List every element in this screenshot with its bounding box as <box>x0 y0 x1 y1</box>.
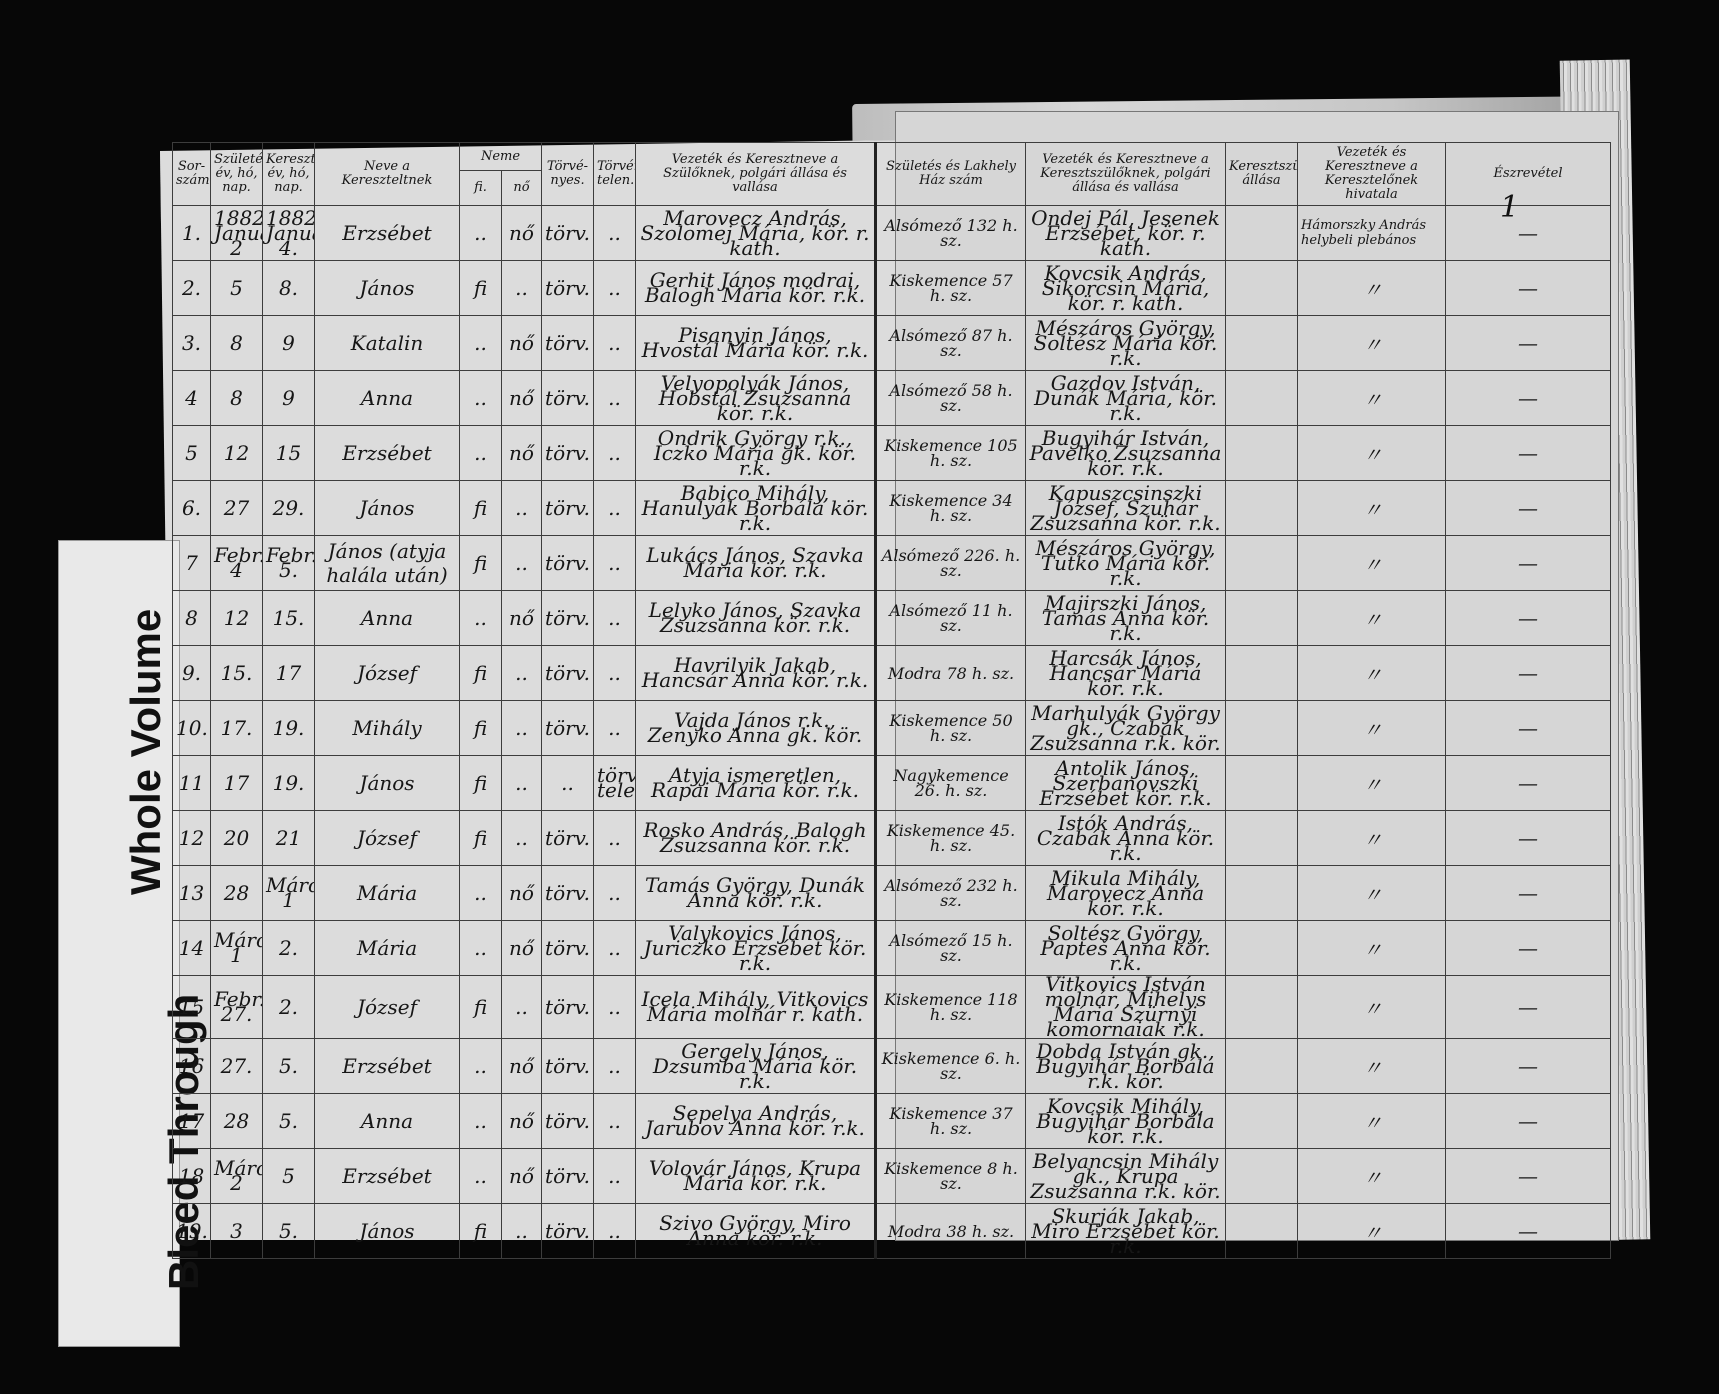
cell-kereszteles: 15 <box>263 426 315 481</box>
table-row: 6. 27 29. János fi .. törv. .. Babico Mi… <box>173 481 1611 536</box>
table-row: 11 17 19. János fi .. .. törvény-telen A… <box>173 756 1611 811</box>
cell-eszrevetel: — <box>1446 1039 1611 1094</box>
cell-eszrevetel: — <box>1446 536 1611 591</box>
cell-sorszam: 5 <box>173 426 211 481</box>
cell-sorszam: 17 <box>173 1094 211 1149</box>
cell-lakhely: Kiskemence 45. h. sz. <box>876 811 1026 866</box>
cell-fi: .. <box>460 371 502 426</box>
cell-szuletes: 15. <box>211 646 263 701</box>
cell-szulok: Pisanyin János, Hvostál Mária kör. r.k. <box>636 316 876 371</box>
cell-torvenytelen: .. <box>594 316 636 371</box>
cell-szulok: Valykovics János, Juriczko Erzsébet kör.… <box>636 921 876 976</box>
cell-torvenytelen: .. <box>594 1149 636 1204</box>
cell-keresztszulok: Ondej Pál, Jesenek Erzsébet, kör. r. kat… <box>1026 206 1226 261</box>
cell-no: nő <box>502 591 542 646</box>
cell-keresztelo: 〃 <box>1298 811 1446 866</box>
cell-keresztelo: 〃 <box>1298 426 1446 481</box>
cell-lakhely: Kiskemence 37 h. sz. <box>876 1094 1026 1149</box>
cell-no: .. <box>502 976 542 1039</box>
cell-no: nő <box>502 1149 542 1204</box>
cell-nev: József <box>315 976 460 1039</box>
cell-lakhely: Kiskemence 34 h. sz. <box>876 481 1026 536</box>
header-fi: fi. <box>460 171 502 206</box>
table-row: 18 Március 2 5 Erzsébet .. nő törv. .. V… <box>173 1149 1611 1204</box>
cell-kereszteles: 19. <box>263 701 315 756</box>
cell-fi: .. <box>460 426 502 481</box>
cell-keresztelo: 〃 <box>1298 756 1446 811</box>
cell-keresztszulok: Kovcsik Mihály, Bugyihár Borbála kör. r.… <box>1026 1094 1226 1149</box>
header-sorszam: Sor-szám <box>173 143 211 206</box>
header-szuletes: Születés év, hó, nap. <box>211 143 263 206</box>
cell-nev: Anna <box>315 591 460 646</box>
cell-torvenyes: törv. <box>542 701 594 756</box>
cell-torvenytelen: .. <box>594 591 636 646</box>
table-row: 14 Március 1 2. Mária .. nő törv. .. Val… <box>173 921 1611 976</box>
cell-nev: János (atyja halála után) <box>315 536 460 591</box>
cell-szulok: Gergely János, Dzsumba Mária kör. r.k. <box>636 1039 876 1094</box>
cell-lakhely: Alsómező 15 h. sz. <box>876 921 1026 976</box>
cell-kereszteles: 2. <box>263 921 315 976</box>
cell-szulok: Szivo György, Miro Anna kör. r.k. <box>636 1204 876 1259</box>
cell-keresztelo: 〃 <box>1298 261 1446 316</box>
cell-kereszteles: 9 <box>263 316 315 371</box>
cell-kereszteles: 5. <box>263 1039 315 1094</box>
cell-eszrevetel: — <box>1446 591 1611 646</box>
cell-keall <box>1226 371 1298 426</box>
table-row: 13 28 Március 1 Mária .. nő törv. .. Tam… <box>173 866 1611 921</box>
cell-sorszam: 15 <box>173 976 211 1039</box>
cell-szulok: Velyopolyák János, Hobstál Zsuzsanna kör… <box>636 371 876 426</box>
table-row: 12 20 21 József fi .. törv. .. Rosko And… <box>173 811 1611 866</box>
cell-eszrevetel: — <box>1446 756 1611 811</box>
cell-nev: Erzsébet <box>315 1149 460 1204</box>
cell-sorszam: 14 <box>173 921 211 976</box>
cell-torvenyes: törv. <box>542 1204 594 1259</box>
cell-fi: fi <box>460 536 502 591</box>
cell-no: .. <box>502 701 542 756</box>
page-note: 1 <box>1500 190 1519 225</box>
cell-sorszam: 11 <box>173 756 211 811</box>
cell-szulok: Lelyko János, Szavka Zsuzsanna kör. r.k. <box>636 591 876 646</box>
cell-torvenytelen: .. <box>594 261 636 316</box>
cell-lakhely: Nagykemence 26. h. sz. <box>876 756 1026 811</box>
cell-szulok: Tamás György, Dunák Anna kör. r.k. <box>636 866 876 921</box>
cell-torvenytelen: .. <box>594 206 636 261</box>
cell-torvenyes: törv. <box>542 261 594 316</box>
cell-torvenytelen: .. <box>594 976 636 1039</box>
cell-torvenytelen: .. <box>594 646 636 701</box>
table-row: 16 27. 5. Erzsébet .. nő törv. .. Gergel… <box>173 1039 1611 1094</box>
header-kereszteles: Keresztelési év, hó, nap. <box>263 143 315 206</box>
cell-sorszam: 9. <box>173 646 211 701</box>
cell-keresztszulok: Marhulyák György gk., Czabák Zsuzsanna r… <box>1026 701 1226 756</box>
cell-torvenytelen: .. <box>594 701 636 756</box>
cell-keresztszulok: Mészáros György, Tutko Mária kör. r.k. <box>1026 536 1226 591</box>
cell-keall <box>1226 756 1298 811</box>
cell-fi: .. <box>460 206 502 261</box>
cell-eszrevetel: — <box>1446 1094 1611 1149</box>
cell-eszrevetel: — <box>1446 261 1611 316</box>
cell-szuletes: 17. <box>211 701 263 756</box>
cell-fi: fi <box>460 481 502 536</box>
table-row: 8 12 15. Anna .. nő törv. .. Lelyko Jáno… <box>173 591 1611 646</box>
cell-eszrevetel: — <box>1446 426 1611 481</box>
cell-szuletes: Március 2 <box>211 1149 263 1204</box>
cell-szulok: Babico Mihály, Hanulyák Borbála kör. r.k… <box>636 481 876 536</box>
header-no: nő <box>502 171 542 206</box>
cell-eszrevetel: — <box>1446 1149 1611 1204</box>
cell-keresztelo: 〃 <box>1298 646 1446 701</box>
cell-keresztelo: 〃 <box>1298 481 1446 536</box>
cell-sorszam: 16 <box>173 1039 211 1094</box>
cell-keresztelo: 〃 <box>1298 536 1446 591</box>
cell-kereszteles: 29. <box>263 481 315 536</box>
cell-szuletes: 3 <box>211 1204 263 1259</box>
cell-szulok: Marovecz András, Szolomej Mária, kör. r.… <box>636 206 876 261</box>
cell-no: .. <box>502 811 542 866</box>
cell-keresztszulok: Soltész György, Papteš Anna kör. r.k. <box>1026 921 1226 976</box>
cell-torvenyes: törv. <box>542 481 594 536</box>
cell-sorszam: 18 <box>173 1149 211 1204</box>
cell-eszrevetel: — <box>1446 481 1611 536</box>
cell-fi: fi <box>460 1204 502 1259</box>
header-eszrevetel: Észrevétel <box>1446 143 1611 206</box>
cell-keall <box>1226 261 1298 316</box>
cell-szulok: Lukács János, Szavka Mária kör. r.k. <box>636 536 876 591</box>
cell-eszrevetel: — <box>1446 866 1611 921</box>
cell-kereszteles: 5 <box>263 1149 315 1204</box>
cell-torvenytelen: .. <box>594 921 636 976</box>
cell-szulok: Vajda János r.k., Zenyko Anna gk. kör. <box>636 701 876 756</box>
cell-szulok: Havrilyik Jakab, Hancsár Anna kör. r.k. <box>636 646 876 701</box>
cell-kereszteles: 19. <box>263 756 315 811</box>
cell-eszrevetel: — <box>1446 371 1611 426</box>
cell-torvenyes: törv. <box>542 866 594 921</box>
cell-keresztelo: 〃 <box>1298 1149 1446 1204</box>
cell-keall <box>1226 536 1298 591</box>
cell-kereszteles: 5. <box>263 1094 315 1149</box>
cell-fi: .. <box>460 921 502 976</box>
cell-eszrevetel: — <box>1446 206 1611 261</box>
cell-torvenytelen: .. <box>594 866 636 921</box>
cell-sorszam: 10. <box>173 701 211 756</box>
cell-sorszam: 3. <box>173 316 211 371</box>
cell-nev: Anna <box>315 1094 460 1149</box>
cell-keresztelo: 〃 <box>1298 591 1446 646</box>
cell-keresztszulok: Skurják Jakab, Miro Erzsébet kör. r.k. <box>1026 1204 1226 1259</box>
cell-torvenytelen: .. <box>594 481 636 536</box>
header-keresztelo: Vezeték és Keresztneve a Keresztelőnek h… <box>1298 143 1446 206</box>
cell-lakhely: Kiskemence 50 h. sz. <box>876 701 1026 756</box>
cell-fi: fi <box>460 811 502 866</box>
cell-fi: fi <box>460 756 502 811</box>
cell-torvenyes: törv. <box>542 591 594 646</box>
cell-kereszteles: 5. <box>263 1204 315 1259</box>
table-row: 3. 8 9 Katalin .. nő törv. .. Pisanyin J… <box>173 316 1611 371</box>
cell-szulok: Ondrik György r.k., Iczko Mária gk. kör.… <box>636 426 876 481</box>
cell-fi: fi <box>460 701 502 756</box>
cell-kereszteles: 2. <box>263 976 315 1039</box>
cell-keresztszulok: Belyancsin Mihály gk., Krupa Zsuzsanna r… <box>1026 1149 1226 1204</box>
cell-lakhely: Alsómező 87 h. sz. <box>876 316 1026 371</box>
cell-torvenyes: törv. <box>542 426 594 481</box>
table-row: 5 12 15 Erzsébet .. nő törv. .. Ondrik G… <box>173 426 1611 481</box>
cell-nev: Mihály <box>315 701 460 756</box>
cell-torvenyes: törv. <box>542 976 594 1039</box>
cell-szulok: Gerhit János modrai, Balogh Mária kör. r… <box>636 261 876 316</box>
cell-no: nő <box>502 921 542 976</box>
table-row: 19. 3 5. János fi .. törv. .. Szivo Györ… <box>173 1204 1611 1259</box>
cell-keall <box>1226 976 1298 1039</box>
cell-kereszteles: 9 <box>263 371 315 426</box>
cell-fi: .. <box>460 1039 502 1094</box>
cell-lakhely: Kiskemence 57 h. sz. <box>876 261 1026 316</box>
table-row: 4 8 9 Anna .. nő törv. .. Velyopolyák Já… <box>173 371 1611 426</box>
header-neme: Neme <box>460 143 542 171</box>
cell-keresztszulok: Istók András, Czabák Anna kör. r.k. <box>1026 811 1226 866</box>
register-header: Sor-szám Születés év, hó, nap. Keresztel… <box>173 143 1611 206</box>
cell-eszrevetel: — <box>1446 976 1611 1039</box>
cell-keall <box>1226 921 1298 976</box>
cell-torvenytelen: .. <box>594 1039 636 1094</box>
cell-kereszteles: 1882, Január 4. <box>263 206 315 261</box>
cell-keresztelo: 〃 <box>1298 701 1446 756</box>
cell-nev: János <box>315 261 460 316</box>
cell-nev: Erzsébet <box>315 206 460 261</box>
table-row: 10. 17. 19. Mihály fi .. törv. .. Vajda … <box>173 701 1611 756</box>
cell-keresztszulok: Harcsák János, Hancsár Mária kör. r.k. <box>1026 646 1226 701</box>
cell-sorszam: 13 <box>173 866 211 921</box>
header-keresztszulok: Vezeték és Keresztneve a Keresztszülőkne… <box>1026 143 1226 206</box>
cell-nev: János <box>315 756 460 811</box>
cell-torvenytelen: törvény-telen <box>594 756 636 811</box>
cell-keresztelo: 〃 <box>1298 866 1446 921</box>
cell-szuletes: 17 <box>211 756 263 811</box>
cell-sorszam: 12 <box>173 811 211 866</box>
cell-torvenytelen: .. <box>594 1094 636 1149</box>
cell-keresztelo: 〃 <box>1298 976 1446 1039</box>
cell-torvenytelen: .. <box>594 811 636 866</box>
cell-szuletes: Febr. 4 <box>211 536 263 591</box>
table-row: 7 Febr. 4 Febr. 5. János (atyja halála u… <box>173 536 1611 591</box>
cell-nev: János <box>315 1204 460 1259</box>
cell-lakhely: Alsómező 11 h. sz. <box>876 591 1026 646</box>
cell-lakhely: Alsómező 232 h. sz. <box>876 866 1026 921</box>
cell-szuletes: 1882, Január 2 <box>211 206 263 261</box>
cell-szuletes: 8 <box>211 371 263 426</box>
cell-keall <box>1226 1149 1298 1204</box>
cell-nev: József <box>315 646 460 701</box>
cell-torvenyes: törv. <box>542 1039 594 1094</box>
cell-kereszteles: Március 1 <box>263 866 315 921</box>
cell-torvenyes: .. <box>542 756 594 811</box>
cell-keall <box>1226 1204 1298 1259</box>
cell-torvenyes: törv. <box>542 646 594 701</box>
cell-fi: .. <box>460 1094 502 1149</box>
cell-keall <box>1226 646 1298 701</box>
cell-szuletes: 28 <box>211 866 263 921</box>
table-row: 9. 15. 17 József fi .. törv. .. Havrilyi… <box>173 646 1611 701</box>
cell-szuletes: 20 <box>211 811 263 866</box>
cell-keall <box>1226 591 1298 646</box>
cell-nev: Anna <box>315 371 460 426</box>
cell-lakhely: Alsómező 58 h. sz. <box>876 371 1026 426</box>
cell-lakhely: Alsómező 226. h. sz. <box>876 536 1026 591</box>
cell-szuletes: 12 <box>211 591 263 646</box>
cell-torvenyes: törv. <box>542 316 594 371</box>
cell-nev: Mária <box>315 866 460 921</box>
cell-keresztelo: 〃 <box>1298 1204 1446 1259</box>
cell-keall <box>1226 1039 1298 1094</box>
cell-eszrevetel: — <box>1446 701 1611 756</box>
cell-keall <box>1226 1094 1298 1149</box>
cell-torvenytelen: .. <box>594 426 636 481</box>
cell-lakhely: Modra 38 h. sz. <box>876 1204 1026 1259</box>
cell-fi: .. <box>460 316 502 371</box>
cell-no: .. <box>502 481 542 536</box>
cell-nev: Mária <box>315 921 460 976</box>
cell-keresztelo: 〃 <box>1298 371 1446 426</box>
header-keall: Keresztszülők állása <box>1226 143 1298 206</box>
cell-szuletes: Március 1 <box>211 921 263 976</box>
table-row: 17 28 5. Anna .. nő törv. .. Sepelya And… <box>173 1094 1611 1149</box>
table-row: 15 Febr. 27. 2. József fi .. törv. .. Ic… <box>173 976 1611 1039</box>
cell-keall <box>1226 811 1298 866</box>
cell-keresztszulok: Kovcsik András, Sikorcsin Mária, kör. r.… <box>1026 261 1226 316</box>
cell-keresztelo: 〃 <box>1298 921 1446 976</box>
cell-kereszteles: 17 <box>263 646 315 701</box>
cell-nev: Katalin <box>315 316 460 371</box>
cell-fi: fi <box>460 646 502 701</box>
cell-nev: József <box>315 811 460 866</box>
cell-keall <box>1226 316 1298 371</box>
cell-torvenyes: törv. <box>542 921 594 976</box>
cell-torvenytelen: .. <box>594 371 636 426</box>
cell-eszrevetel: — <box>1446 316 1611 371</box>
cell-keresztszulok: Bugyihár István, Pavelko Zsuzsanna kör. … <box>1026 426 1226 481</box>
cell-keresztszulok: Dobda István gk., Bugyihár Borbála r.k. … <box>1026 1039 1226 1094</box>
cell-szulok: Atyja ismeretlen, Rapai Mária kör. r.k. <box>636 756 876 811</box>
cell-sorszam: 4 <box>173 371 211 426</box>
cell-kereszteles: 8. <box>263 261 315 316</box>
cell-lakhely: Kiskemence 6. h. sz. <box>876 1039 1026 1094</box>
cell-no: .. <box>502 536 542 591</box>
header-szulok: Vezeték és Keresztneve a Szülőknek, polg… <box>636 143 876 206</box>
cell-keresztszulok: Majirszki János, Tamás Anna kör. r.k. <box>1026 591 1226 646</box>
cell-szuletes: 5 <box>211 261 263 316</box>
header-torvenytelen: Törvény-telen. <box>594 143 636 206</box>
cell-keall <box>1226 866 1298 921</box>
cell-szuletes: 27. <box>211 1039 263 1094</box>
table-row: 2. 5 8. János fi .. törv. .. Gerhit Jáno… <box>173 261 1611 316</box>
cell-kereszteles: Febr. 5. <box>263 536 315 591</box>
cell-szuletes: 8 <box>211 316 263 371</box>
cell-torvenyes: törv. <box>542 1094 594 1149</box>
cell-keresztelo: 〃 <box>1298 1094 1446 1149</box>
cell-lakhely: Kiskemence 105 h. sz. <box>876 426 1026 481</box>
cell-keresztelo: Hámorszky András helybeli plebános <box>1298 206 1446 261</box>
cell-sorszam: 19. <box>173 1204 211 1259</box>
cell-keresztszulok: Kapuszcsinszki József, Szuhár Zsuzsanna … <box>1026 481 1226 536</box>
cell-torvenyes: törv. <box>542 1149 594 1204</box>
cell-no: nő <box>502 1094 542 1149</box>
cell-lakhely: Kiskemence 118 h. sz. <box>876 976 1026 1039</box>
cell-keresztszulok: Mészáros György, Soltész Mária kör. r.k. <box>1026 316 1226 371</box>
cell-fi: .. <box>460 1149 502 1204</box>
cell-torvenyes: törv. <box>542 371 594 426</box>
cell-kereszteles: 15. <box>263 591 315 646</box>
cell-no: nő <box>502 371 542 426</box>
header-nev: Neve a Kereszteltnek <box>315 143 460 206</box>
birth-register-table: Sor-szám Születés év, hó, nap. Keresztel… <box>172 142 1611 1259</box>
whole-volume-label: Whole Volume <box>122 609 170 895</box>
cell-fi: fi <box>460 261 502 316</box>
cell-sorszam: 2. <box>173 261 211 316</box>
cell-no: nő <box>502 206 542 261</box>
cell-keall <box>1226 481 1298 536</box>
cell-keresztszulok: Vitkovics István molnár, Mihelys Mária S… <box>1026 976 1226 1039</box>
cell-keall <box>1226 426 1298 481</box>
register-body: 1. 1882, Január 2 1882, Január 4. Erzséb… <box>173 206 1611 1259</box>
cell-eszrevetel: — <box>1446 811 1611 866</box>
cell-sorszam: 7 <box>173 536 211 591</box>
cell-lakhely: Kiskemence 8 h. sz. <box>876 1149 1026 1204</box>
cell-nev: János <box>315 481 460 536</box>
cell-keresztelo: 〃 <box>1298 316 1446 371</box>
cell-szulok: Sepelya András, Jarubov Anna kör. r.k. <box>636 1094 876 1149</box>
cell-nev: Erzsébet <box>315 426 460 481</box>
cell-torvenytelen: .. <box>594 536 636 591</box>
cell-no: .. <box>502 1204 542 1259</box>
cell-szulok: Rosko András, Balogh Zsuzsanna kör. r.k. <box>636 811 876 866</box>
cell-szuletes: Febr. 27. <box>211 976 263 1039</box>
cell-torvenyes: törv. <box>542 811 594 866</box>
cell-no: .. <box>502 756 542 811</box>
cell-keresztszulok: Gazdov István, Dunák Mária, kör. r.k. <box>1026 371 1226 426</box>
cell-no: nő <box>502 316 542 371</box>
cell-no: .. <box>502 646 542 701</box>
cell-nev: Erzsébet <box>315 1039 460 1094</box>
cell-lakhely: Alsómező 132 h. sz. <box>876 206 1026 261</box>
cell-szulok: Volovár János, Krupa Mária kör. r.k. <box>636 1149 876 1204</box>
cell-no: nő <box>502 1039 542 1094</box>
cell-fi: fi <box>460 976 502 1039</box>
cell-torvenyes: törv. <box>542 536 594 591</box>
cell-no: nő <box>502 426 542 481</box>
cell-keall <box>1226 701 1298 756</box>
cell-fi: .. <box>460 866 502 921</box>
cell-szulok: Icela Mihály, Vitkovics Mária molnár r. … <box>636 976 876 1039</box>
header-torvenyes: Törvé-nyes. <box>542 143 594 206</box>
cell-szuletes: 28 <box>211 1094 263 1149</box>
cell-fi: .. <box>460 591 502 646</box>
cell-no: nő <box>502 866 542 921</box>
cell-eszrevetel: — <box>1446 921 1611 976</box>
cell-eszrevetel: — <box>1446 1204 1611 1259</box>
cell-keall <box>1226 206 1298 261</box>
cell-szuletes: 27 <box>211 481 263 536</box>
cell-keresztelo: 〃 <box>1298 1039 1446 1094</box>
cell-sorszam: 6. <box>173 481 211 536</box>
cell-no: .. <box>502 261 542 316</box>
cell-keresztszulok: Mikula Mihály, Marovecz Anna kör. r.k. <box>1026 866 1226 921</box>
header-lakhely: Születés és Lakhely Ház szám <box>876 143 1026 206</box>
table-row: 1. 1882, Január 2 1882, Január 4. Erzséb… <box>173 206 1611 261</box>
cell-sorszam: 8 <box>173 591 211 646</box>
cell-sorszam: 1. <box>173 206 211 261</box>
cell-lakhely: Modra 78 h. sz. <box>876 646 1026 701</box>
cell-torvenytelen: .. <box>594 1204 636 1259</box>
